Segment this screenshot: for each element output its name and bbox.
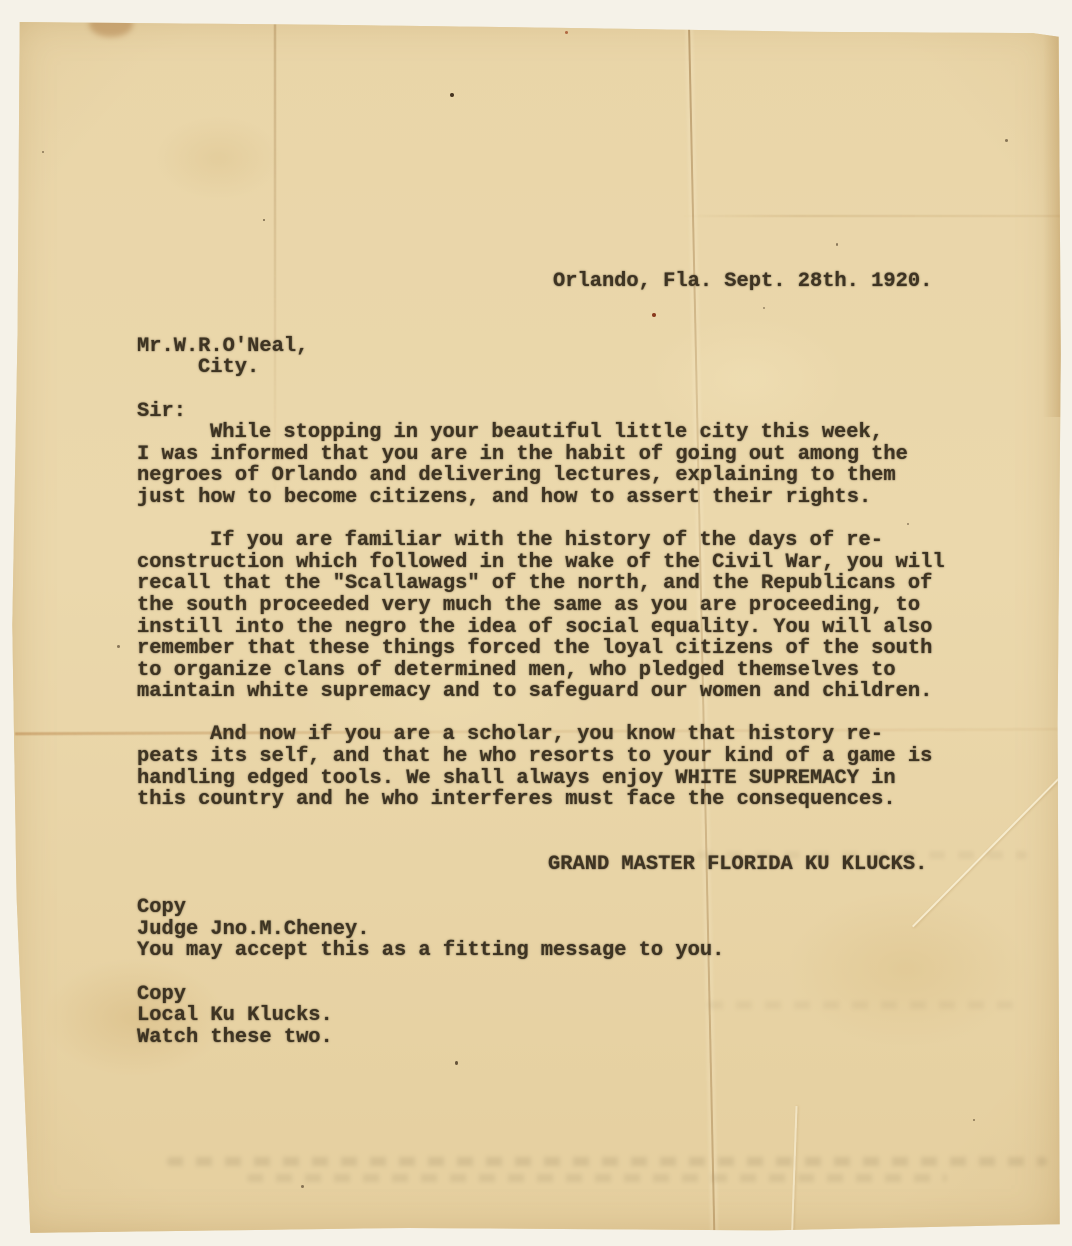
- paragraph-line: If you are familiar with the history of …: [137, 530, 1017, 552]
- paragraph-line: maintain white supremacy and to safeguar…: [137, 681, 1017, 703]
- salutation: Sir:: [137, 401, 1017, 423]
- stain: [89, 11, 133, 37]
- speck: [117, 645, 120, 648]
- paragraph-line: peats its self, and that he who resorts …: [137, 746, 1017, 768]
- signature-line: GRAND MASTER FLORIDA KU KLUCKS.: [137, 854, 1017, 876]
- speck: [565, 31, 568, 34]
- speck: [1005, 139, 1008, 142]
- paragraph-line: construction which followed in the wake …: [137, 552, 1017, 574]
- speck: [973, 1119, 975, 1121]
- paragraph-line: the south proceeded very much the same a…: [137, 595, 1017, 617]
- recipient-name: Mr.W.R.O'Neal,: [137, 336, 1017, 358]
- fold-line-upper-right: [683, 215, 1071, 217]
- speck: [263, 219, 265, 221]
- speck: [450, 93, 454, 97]
- paragraph-line: this country and he who interferes must …: [137, 789, 1017, 811]
- cc-name: Judge Jno.M.Cheney.: [137, 919, 1017, 941]
- paragraph-line: handling edged tools. We shall always en…: [137, 768, 1017, 790]
- cc-label: Copy: [137, 897, 1017, 919]
- paragraph-line: While stopping in your beautiful little …: [137, 422, 1017, 444]
- paragraph-line: And now if you are a scholar, you know t…: [137, 724, 1017, 746]
- folded-edge-band: [1043, 27, 1071, 417]
- ink-bleedthrough: [167, 1157, 1047, 1166]
- letter-text: Orlando, Fla. Sept. 28th. 1920. Mr.W.R.O…: [137, 271, 1017, 1048]
- ink-bleedthrough: [247, 1174, 947, 1182]
- paragraph-line: negroes of Orlando and delivering lectur…: [137, 465, 1017, 487]
- cc-note: Watch these two.: [137, 1027, 1017, 1049]
- dateline: Orlando, Fla. Sept. 28th. 1920.: [137, 271, 1017, 293]
- speck: [42, 151, 44, 153]
- paragraph-line: instill into the negro the idea of socia…: [137, 617, 1017, 639]
- paragraph-line: remember that these things forced the lo…: [137, 638, 1017, 660]
- paragraph-line: I was informed that you are in the habit…: [137, 444, 1017, 466]
- speck: [455, 1061, 458, 1065]
- paragraph-line: recall that the "Scallawags" of the nort…: [137, 573, 1017, 595]
- recipient-city: City.: [137, 357, 1017, 379]
- speck: [836, 243, 838, 246]
- cc-name: Local Ku Klucks.: [137, 1005, 1017, 1027]
- cc-note: You may accept this as a fitting message…: [137, 940, 1017, 962]
- speck: [301, 1185, 304, 1188]
- cc-label: Copy: [137, 984, 1017, 1006]
- paragraph-line: to organize clans of determined men, who…: [137, 660, 1017, 682]
- letter-scan: Orlando, Fla. Sept. 28th. 1920. Mr.W.R.O…: [0, 0, 1072, 1246]
- paragraph-line: just how to become citizens, and how to …: [137, 487, 1017, 509]
